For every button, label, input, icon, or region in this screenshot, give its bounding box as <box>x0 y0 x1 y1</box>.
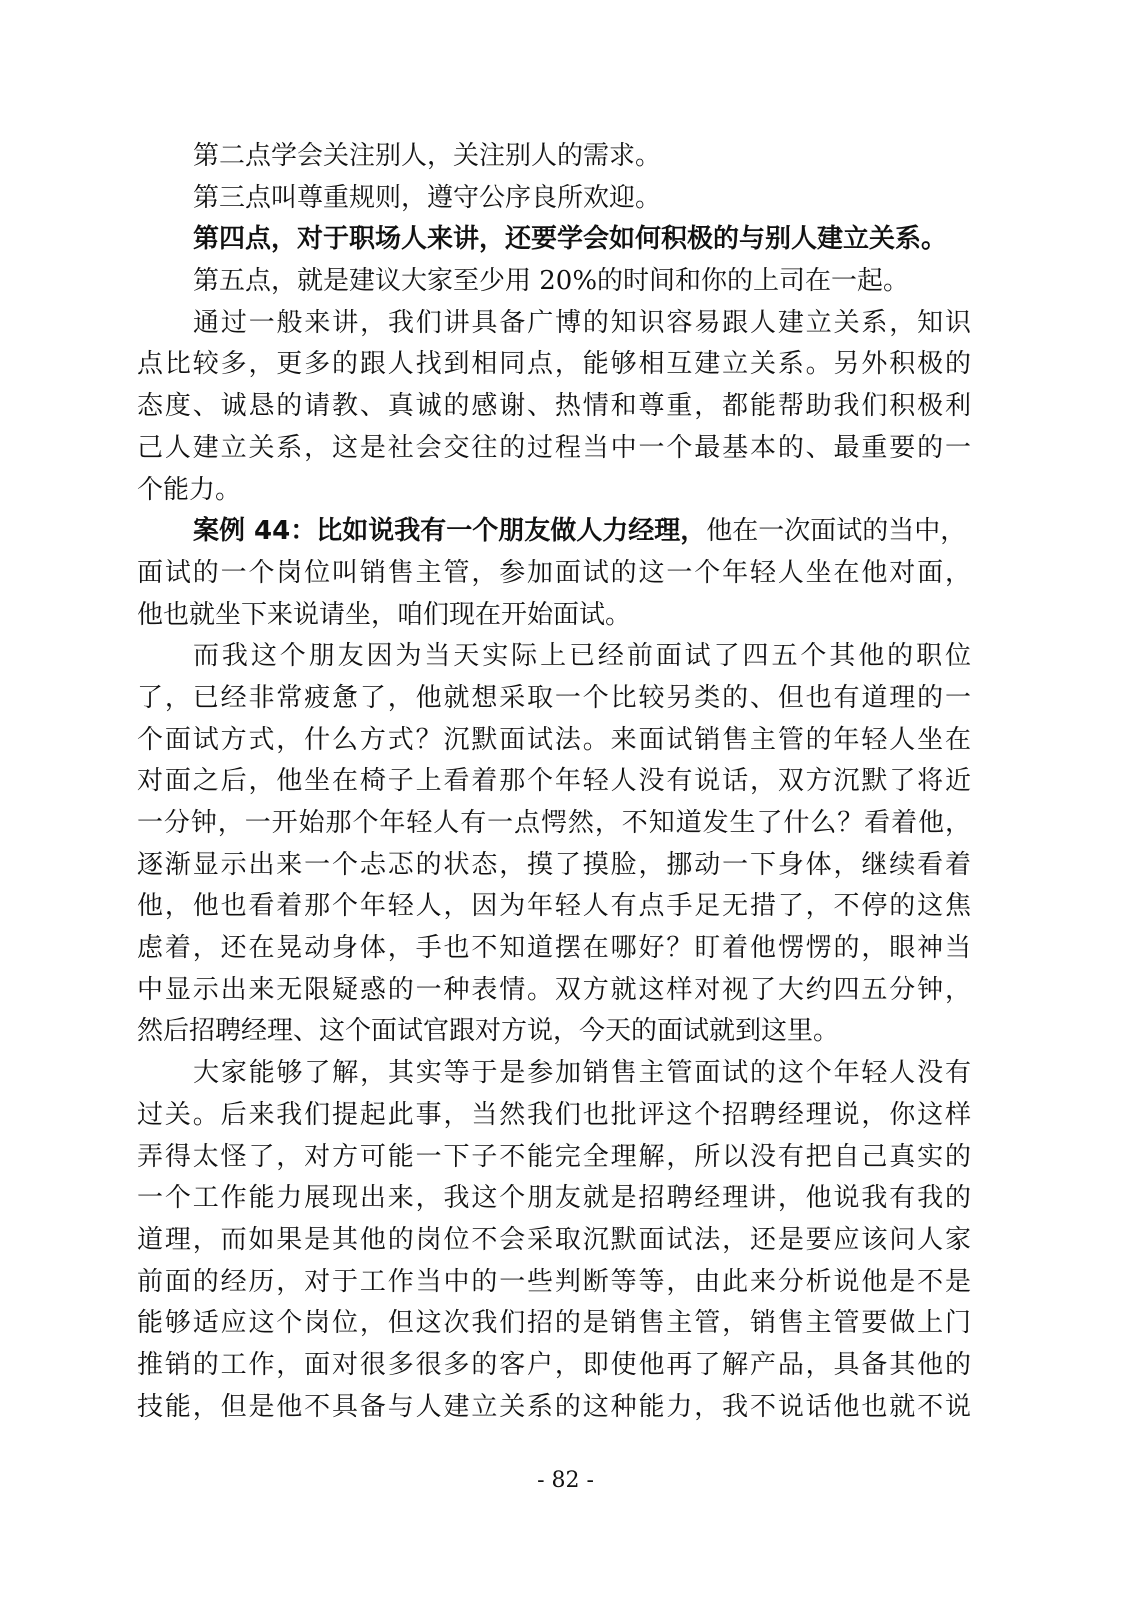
page-number: - 82 - <box>0 1468 1131 1493</box>
paragraph-line: 逐渐显示出来一个忐忑的状态，摸了摸脸，挪动一下身体，继续看着 <box>137 845 971 887</box>
paragraph-line: 他也就坐下来说请坐，咱们现在开始面试。 <box>137 595 971 637</box>
paragraph-point-4-bold: 第四点，对于职场人来讲，还要学会如何积极的与别人建立关系。 <box>137 219 971 261</box>
paragraph-line: 己人建立关系，这是社会交往的过程当中一个最基本的、最重要的一 <box>137 428 971 470</box>
paragraph-line: 个能力。 <box>137 470 971 512</box>
paragraph-line: 通过一般来讲，我们讲具备广博的知识容易跟人建立关系，知识 <box>137 303 971 345</box>
paragraph-line: 前面的经历，对于工作当中的一些判断等等，由此来分析说他是不是 <box>137 1262 971 1304</box>
paragraph-line: 了，已经非常疲惫了，他就想采取一个比较另类的、但也有道理的一 <box>137 678 971 720</box>
paragraph-line: 一分钟，一开始那个年轻人有一点愕然，不知道发生了什么？看着他， <box>137 803 971 845</box>
paragraph-line: 个面试方式，什么方式？沉默面试法。来面试销售主管的年轻人坐在 <box>137 720 971 762</box>
paragraph-line: 他在一次面试的当中， <box>706 511 966 553</box>
body-text: 第二点学会关注别人，关注别人的需求。 第三点叫尊重规则，遵守公序良所欢迎。 第四… <box>137 136 971 1428</box>
case-44-first-line: 案例 44：比如说我有一个朋友做人力经理，他在一次面试的当中， <box>137 511 971 553</box>
paragraph-line: 一个工作能力展现出来，我这个朋友就是招聘经理讲，他说我有我的 <box>137 1178 971 1220</box>
paragraph-line: 他，他也看着那个年轻人，因为年轻人有点手足无措了，不停的这焦 <box>137 886 971 928</box>
paragraph-line: 虑着，还在晃动身体，手也不知道摆在哪好？盯着他愣愣的，眼神当 <box>137 928 971 970</box>
paragraph-line: 然后招聘经理、这个面试官跟对方说，今天的面试就到这里。 <box>137 1011 971 1053</box>
paragraph-line: 道理，而如果是其他的岗位不会采取沉默面试法，还是要应该问人家 <box>137 1220 971 1262</box>
paragraph-line: 过关。后来我们提起此事，当然我们也批评这个招聘经理说，你这样 <box>137 1095 971 1137</box>
case-44-bold-lead: 案例 44：比如说我有一个朋友做人力经理， <box>193 511 706 553</box>
paragraph-line: 中显示出来无限疑惑的一种表情。双方就这样对视了大约四五分钟， <box>137 970 971 1012</box>
paragraph-line: 点比较多，更多的跟人找到相同点，能够相互建立关系。另外积极的 <box>137 344 971 386</box>
paragraph-line: 态度、诚恳的请教、真诚的感谢、热情和尊重，都能帮助我们积极利 <box>137 386 971 428</box>
paragraph-point-2: 第二点学会关注别人，关注别人的需求。 <box>137 136 971 178</box>
paragraph-line: 面试的一个岗位叫销售主管，参加面试的这一个年轻人坐在他对面， <box>137 553 971 595</box>
paragraph-point-3: 第三点叫尊重规则，遵守公序良所欢迎。 <box>137 178 971 220</box>
paragraph-point-5: 第五点，就是建议大家至少用 20%的时间和你的上司在一起。 <box>137 261 971 303</box>
paragraph-line: 推销的工作，面对很多很多的客户，即使他再了解产品，具备其他的 <box>137 1345 971 1387</box>
paragraph-line: 能够适应这个岗位，但这次我们招的是销售主管，销售主管要做上门 <box>137 1303 971 1345</box>
paragraph-line: 技能，但是他不具备与人建立关系的这种能力，我不说话他也就不说 <box>137 1387 971 1429</box>
paragraph-line: 大家能够了解，其实等于是参加销售主管面试的这个年轻人没有 <box>137 1053 971 1095</box>
paragraph-line: 而我这个朋友因为当天实际上已经前面试了四五个其他的职位 <box>137 636 971 678</box>
paragraph-line: 对面之后，他坐在椅子上看着那个年轻人没有说话，双方沉默了将近 <box>137 761 971 803</box>
document-page: 第二点学会关注别人，关注别人的需求。 第三点叫尊重规则，遵守公序良所欢迎。 第四… <box>0 0 1131 1600</box>
paragraph-line: 弄得太怪了，对方可能一下子不能完全理解，所以没有把自己真实的 <box>137 1137 971 1179</box>
